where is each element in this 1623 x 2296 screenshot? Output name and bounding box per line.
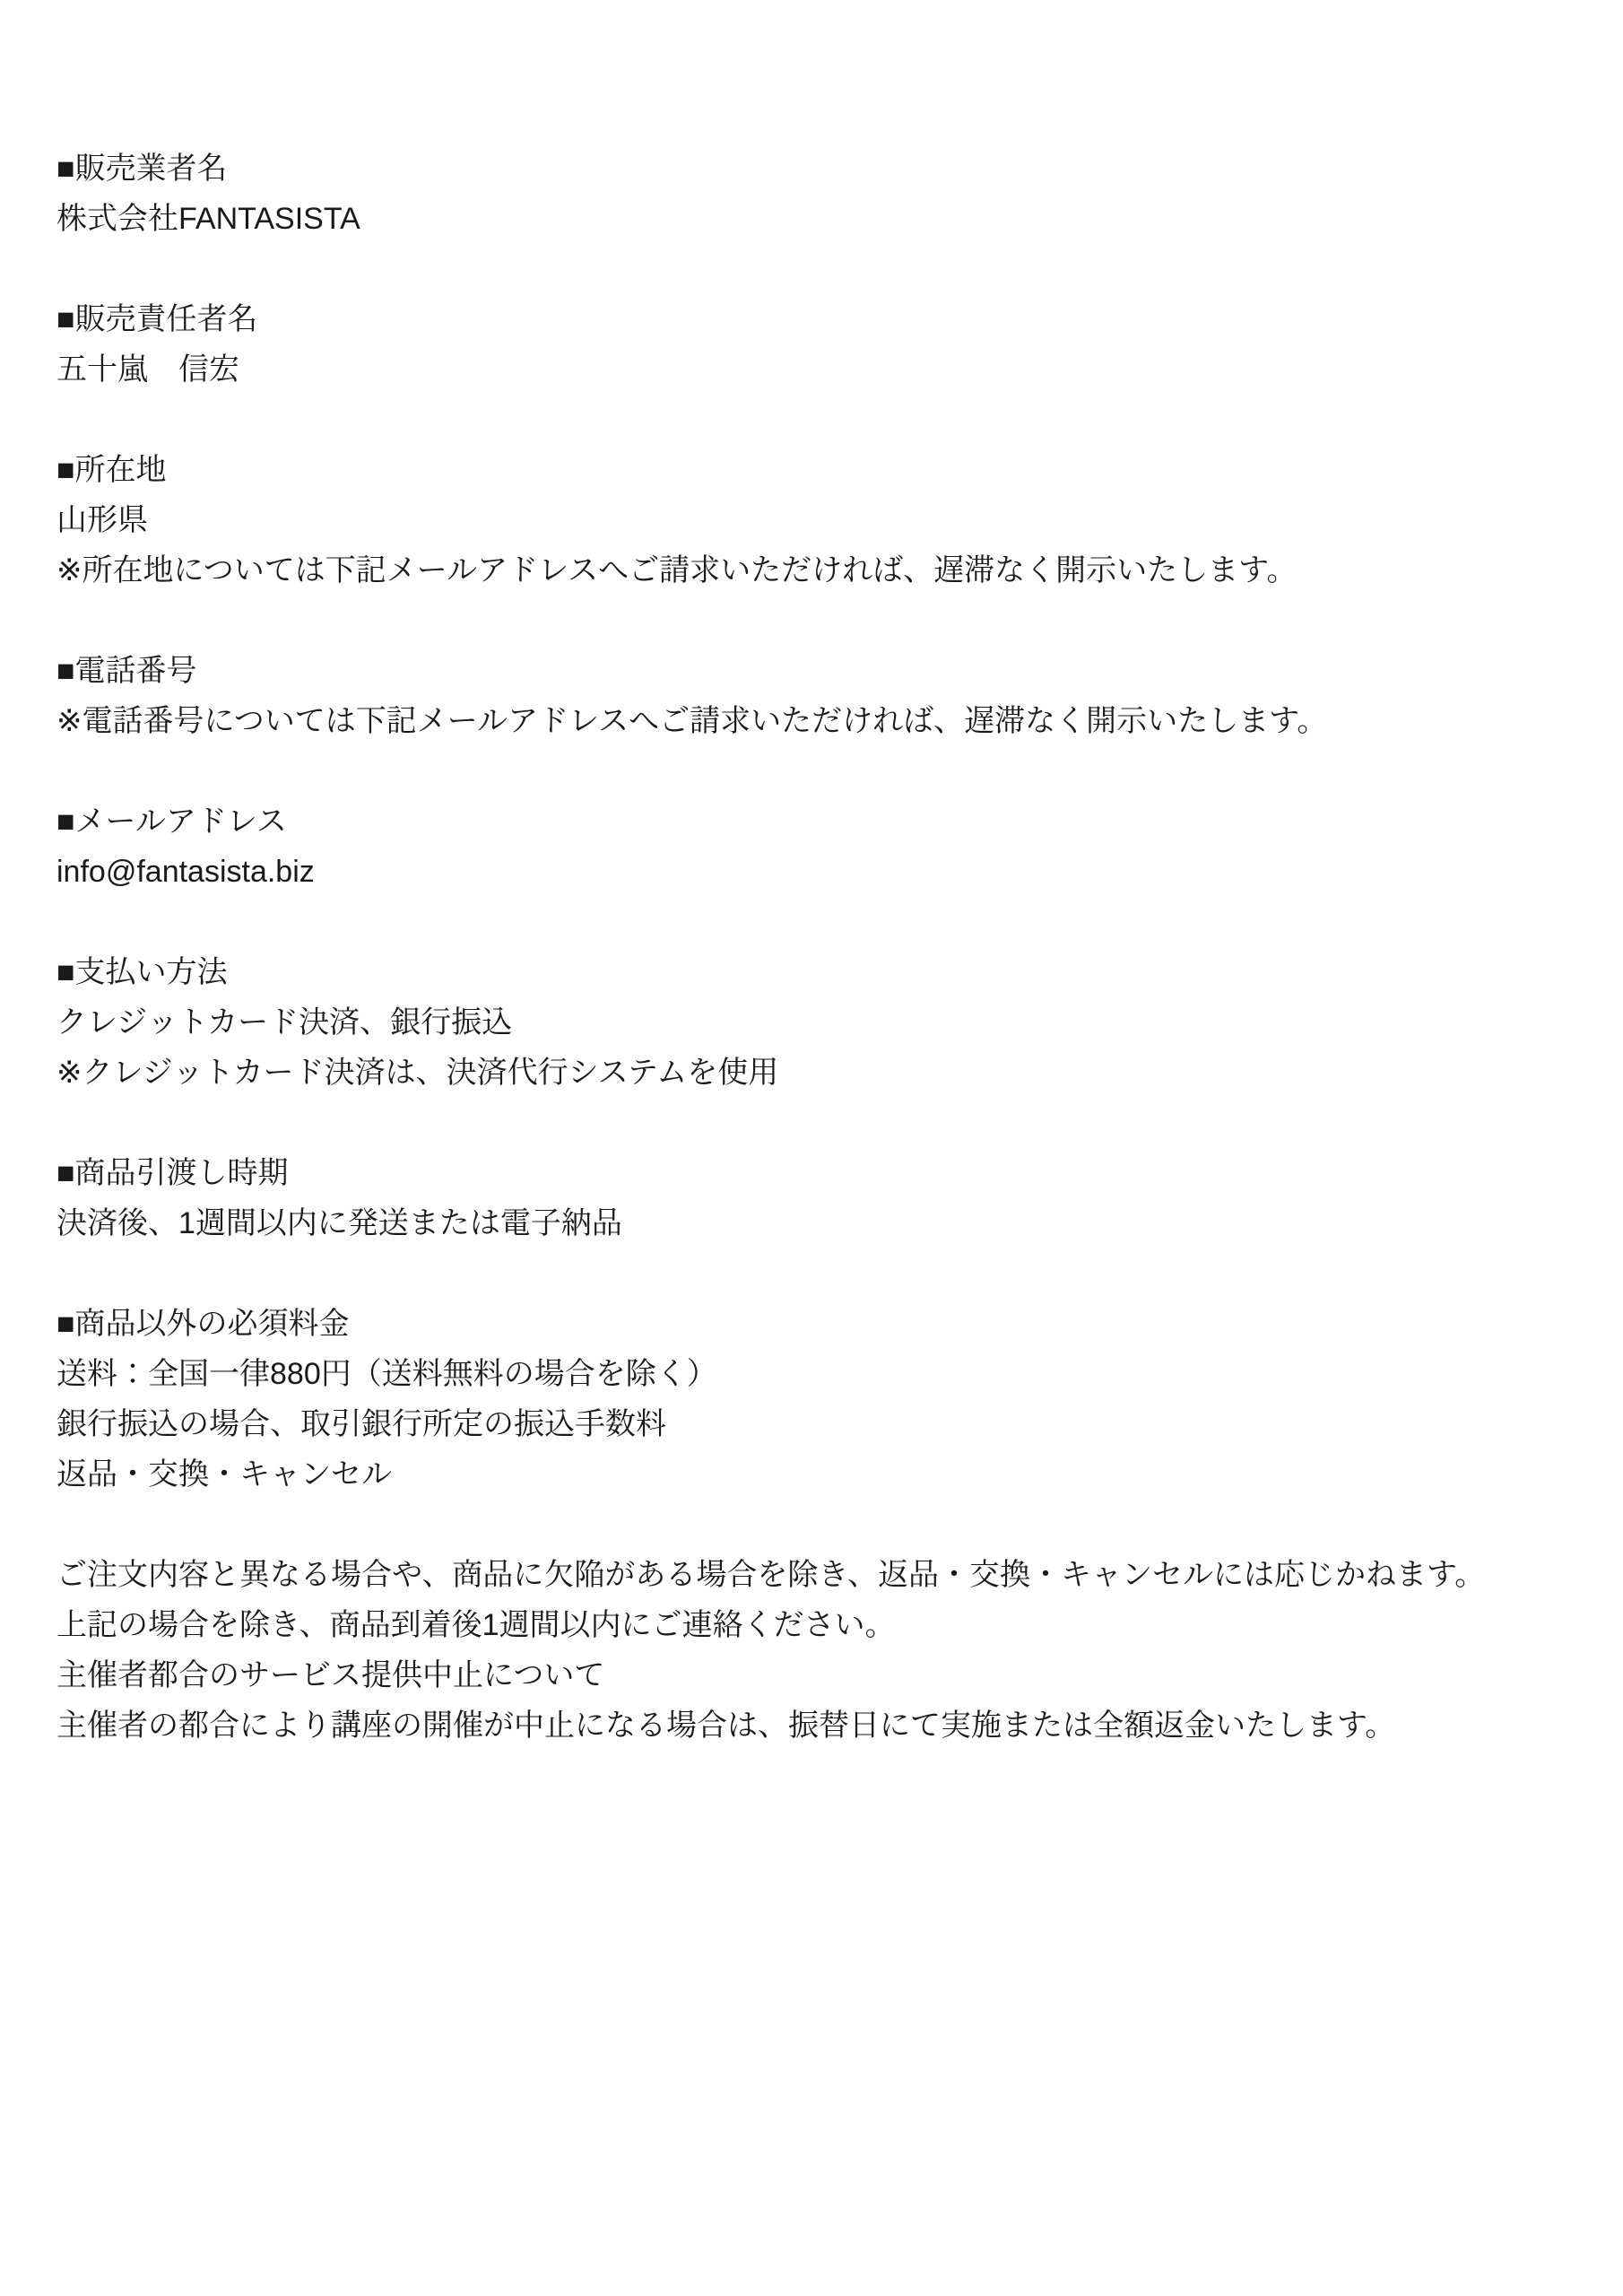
document-page: { "colors": { "background": "#ffffff", "… [0, 0, 1623, 2296]
section-heading: ■メールアドレス [56, 796, 1581, 847]
section-heading: ■商品引渡し時期 [56, 1148, 1581, 1198]
disclosure-section: ■販売業者名株式会社FANTASISTA [56, 143, 1581, 244]
text-line: ご注文内容と異なる場合や、商品に欠陥がある場合を除き、返品・交換・キャンセルには… [56, 1550, 1581, 1600]
section-heading: ■電話番号 [56, 646, 1581, 696]
text-line: 返品・交換・キャンセル [56, 1449, 1581, 1500]
disclosure-section: ■商品引渡し時期決済後、1週間以内に発送または電子納品 [56, 1148, 1581, 1248]
text-line: 銀行振込の場合、取引銀行所定の振込手数料 [56, 1399, 1581, 1449]
text-line: ※電話番号については下記メールアドレスへご請求いただければ、遅滞なく開示いたしま… [56, 696, 1581, 746]
text-line: 株式会社FANTASISTA [56, 194, 1581, 244]
legal-notice-document: ■販売業者名株式会社FANTASISTA■販売責任者名五十嵐 信宏■所在地山形県… [56, 143, 1581, 1801]
text-line: ※所在地については下記メールアドレスへご請求いただければ、遅滞なく開示いたします… [56, 545, 1581, 596]
disclosure-section: ■所在地山形県※所在地については下記メールアドレスへご請求いただければ、遅滞なく… [56, 445, 1581, 596]
text-line: クレジットカード決済、銀行振込 [56, 997, 1581, 1048]
text-line: 決済後、1週間以内に発送または電子納品 [56, 1198, 1581, 1248]
disclosure-paragraph: ご注文内容と異なる場合や、商品に欠陥がある場合を除き、返品・交換・キャンセルには… [56, 1550, 1581, 1751]
section-heading: ■支払い方法 [56, 947, 1581, 997]
text-line: 主催者の都合により講座の開催が中止になる場合は、振替日にて実施または全額返金いた… [56, 1700, 1581, 1751]
section-heading: ■販売業者名 [56, 143, 1581, 194]
text-line: 五十嵐 信宏 [56, 344, 1581, 395]
disclosure-section: ■メールアドレスinfo@fantasista.biz [56, 796, 1581, 897]
text-line: 送料：全国一律880円（送料無料の場合を除く） [56, 1349, 1581, 1399]
section-heading: ■販売責任者名 [56, 294, 1581, 344]
text-line: 上記の場合を除き、商品到着後1週間以内にご連絡ください。 [56, 1600, 1581, 1650]
section-heading: ■商品以外の必須料金 [56, 1299, 1581, 1349]
disclosure-section: ■販売責任者名五十嵐 信宏 [56, 294, 1581, 395]
disclosure-section: ■支払い方法クレジットカード決済、銀行振込※クレジットカード決済は、決済代行シス… [56, 947, 1581, 1098]
text-line: info@fantasista.biz [56, 847, 1581, 897]
text-line: 主催者都合のサービス提供中止について [56, 1650, 1581, 1700]
text-line: 山形県 [56, 495, 1581, 545]
section-heading: ■所在地 [56, 445, 1581, 495]
disclosure-section: ■商品以外の必須料金送料：全国一律880円（送料無料の場合を除く）銀行振込の場合… [56, 1299, 1581, 1500]
text-line: ※クレジットカード決済は、決済代行システムを使用 [56, 1048, 1581, 1098]
disclosure-section: ■電話番号※電話番号については下記メールアドレスへご請求いただければ、遅滞なく開… [56, 646, 1581, 746]
